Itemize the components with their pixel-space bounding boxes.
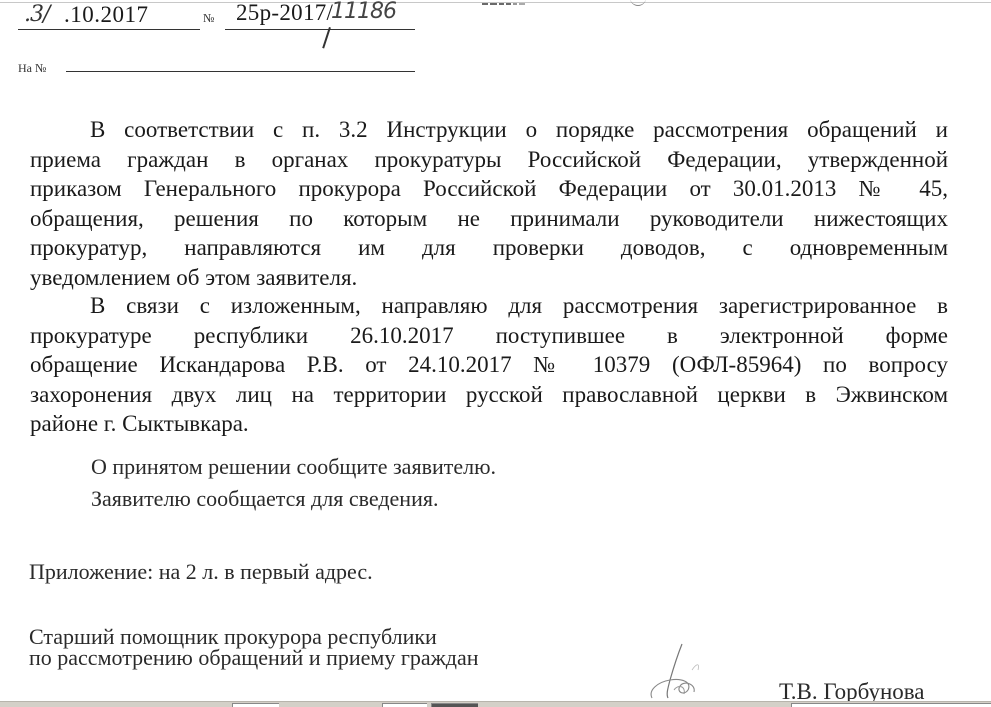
body-line: обращение Искандарова Р.В. от 24.10.2017… xyxy=(30,350,948,380)
status-bar-field xyxy=(232,703,279,707)
date-underline xyxy=(18,29,200,30)
decision-instruction: О принятом решении сообщите заявителю. xyxy=(91,454,496,480)
body-line: обращения, решения по которым не принима… xyxy=(30,204,948,234)
date-handwritten-day: .3/ xyxy=(24,2,49,27)
cut-off-stamp-arc xyxy=(630,0,646,6)
date-printed: .10.2017 xyxy=(64,2,149,28)
paragraph-2: В связи с изложенным, направляю для расс… xyxy=(30,291,948,439)
body-line: приема граждан в органах прокуратуры Рос… xyxy=(30,145,948,175)
handwritten-signature-icon xyxy=(640,640,730,700)
body-line: В связи с изложенным, направляю для расс… xyxy=(30,291,948,321)
cut-off-text-fragment xyxy=(513,3,517,5)
number-sign: № xyxy=(203,11,214,26)
body-line: прокуратуре республики 26.10.2017 поступ… xyxy=(30,321,948,351)
cut-off-text-fragment xyxy=(490,3,497,5)
reference-label: На № xyxy=(18,61,46,76)
body-line: уведомлением об этом заявителя. xyxy=(30,263,948,293)
cut-off-text-fragment xyxy=(482,3,488,5)
attachment-note: Приложение: на 2 л. в первый адрес. xyxy=(29,559,373,585)
signer-position-line2: по рассмотрению обращений и приему гражд… xyxy=(29,645,479,671)
status-bar-field xyxy=(382,703,427,707)
body-line: районе г. Сыктывкара. xyxy=(30,409,948,439)
cut-off-text-fragment xyxy=(499,3,504,5)
handwritten-stroke xyxy=(322,27,331,49)
paragraph-1: В соответствии с п. 3.2 Инструкции о пор… xyxy=(30,115,948,292)
cut-off-text-fragment xyxy=(506,3,511,5)
status-bar-field xyxy=(791,703,991,707)
reg-number-printed: 25р-2017/ xyxy=(236,0,333,26)
body-line: захоронения двух лиц на территории русск… xyxy=(30,380,948,410)
applicant-notice: Заявителю сообщается для сведения. xyxy=(91,486,438,512)
body-line: В соответствии с п. 3.2 Инструкции о пор… xyxy=(30,115,948,145)
cut-off-text-fragment xyxy=(519,3,525,5)
reference-underline xyxy=(66,71,415,72)
body-line: прокуратур, направляются им для проверки… xyxy=(30,233,948,263)
reg-number-underline xyxy=(225,29,415,30)
reg-number-handwritten: 11186 xyxy=(331,0,396,24)
status-bar-field xyxy=(431,703,478,707)
body-line: приказом Генерального прокурора Российск… xyxy=(30,174,948,204)
